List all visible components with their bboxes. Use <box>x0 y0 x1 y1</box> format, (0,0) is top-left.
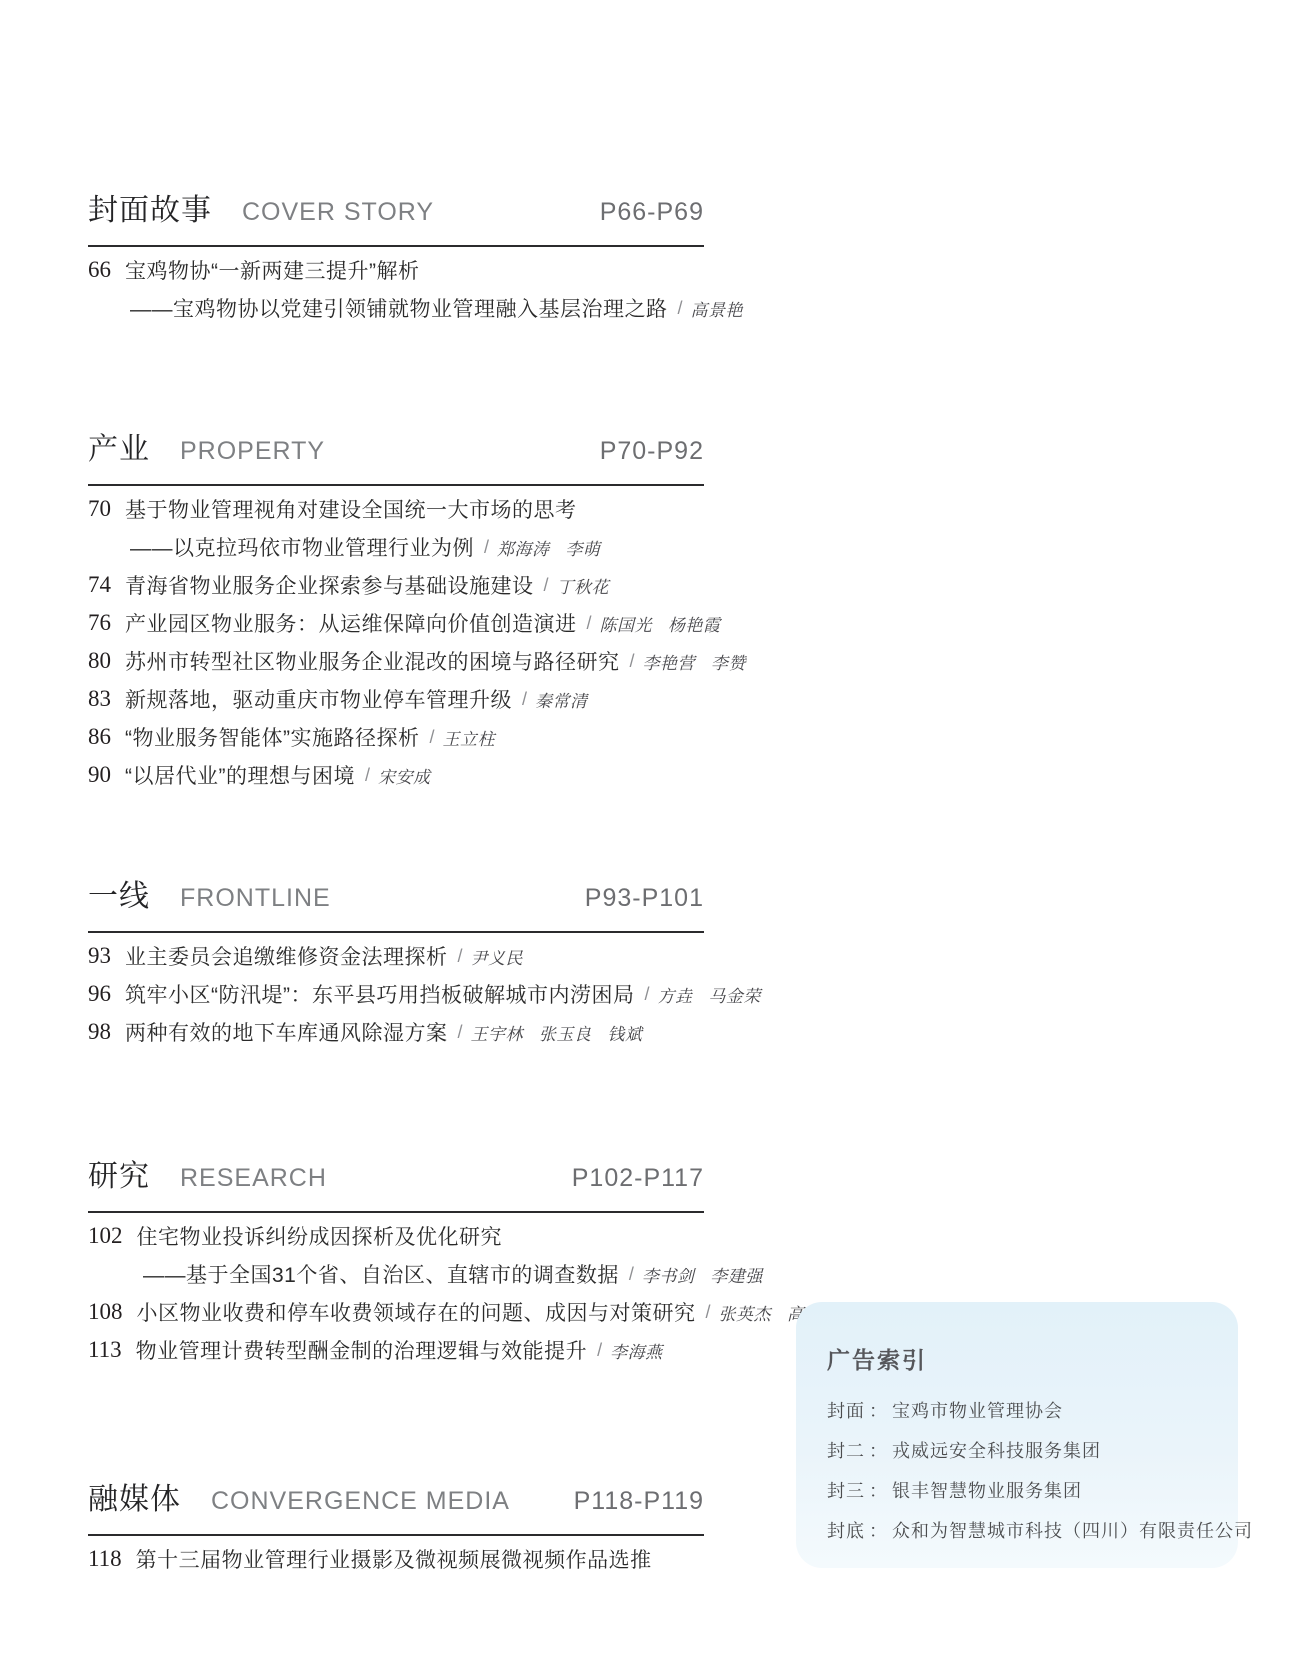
section-title-en: PROPERTY <box>180 433 325 469</box>
entry-page-number: 93 <box>88 943 111 969</box>
author-slash: / <box>678 298 683 319</box>
entry-title: 第十三届物业管理行业摄影及微视频展微视频作品选推 <box>136 1544 652 1574</box>
entry-authors: 尹义民 <box>471 944 524 969</box>
entry-subtitle: ——基于全国31个省、自治区、直辖市的调查数据 <box>143 1259 619 1289</box>
toc-entry: 90 “以居代业”的理想与困境 / 宋安成 <box>88 756 704 794</box>
entry-authors: 宋安成 <box>378 763 431 788</box>
toc-entry: 102 住宅物业投诉纠纷成因探析及优化研究 <box>88 1217 704 1255</box>
section-research: 研究 RESEARCH P102-P117 102 住宅物业投诉纠纷成因探析及优… <box>88 1159 704 1369</box>
ad-item-colon: ： <box>869 1437 888 1463</box>
author-slash: / <box>522 689 527 710</box>
author-slash: / <box>629 1264 634 1285</box>
section-title-zh: 产业 <box>88 432 150 468</box>
entry-authors: 丁秋花 <box>557 573 610 598</box>
entry-list: 102 住宅物业投诉纠纷成因探析及优化研究 ——基于全国31个省、自治区、直辖市… <box>88 1213 704 1369</box>
entry-list: 118 第十三届物业管理行业摄影及微视频展微视频作品选推 <box>88 1536 704 1578</box>
entry-authors: 王立柱 <box>443 725 496 750</box>
entry-page-number: 66 <box>88 257 111 283</box>
entry-list: 93 业主委员会追缴维修资金法理探析 / 尹义民 96 筑牢小区“防汛堤”：东平… <box>88 933 704 1051</box>
entry-title: 小区物业收费和停车收费领域存在的问题、成因与对策研究 <box>137 1297 696 1327</box>
ad-item-colon: ： <box>869 1477 888 1503</box>
entry-authors: 李书剑 李建强 <box>642 1262 763 1287</box>
entry-list: 70 基于物业管理视角对建设全国统一大市场的思考 ——以克拉玛依市物业管理行业为… <box>88 486 704 794</box>
entry-page-number: 108 <box>88 1299 123 1325</box>
entry-page-number: 102 <box>88 1223 123 1249</box>
toc-entry: 70 基于物业管理视角对建设全国统一大市场的思考 <box>88 490 704 528</box>
author-slash: / <box>630 651 635 672</box>
entry-subtitle: ——以克拉玛依市物业管理行业为例 <box>130 532 474 562</box>
entry-page-number: 96 <box>88 981 111 1007</box>
toc-entry: 118 第十三届物业管理行业摄影及微视频展微视频作品选推 <box>88 1540 704 1578</box>
section-frontline: 一线 FRONTLINE P93-P101 93 业主委员会追缴维修资金法理探析… <box>88 879 704 1051</box>
section-header: 研究 RESEARCH P102-P117 <box>88 1159 704 1213</box>
ad-index-list: 封面 ： 宝鸡市物业管理协会 封二 ： 戎威远安全科技服务集团 封三 ： 银丰智… <box>796 1390 1238 1550</box>
section-title-zh: 一线 <box>88 879 150 915</box>
entry-title: 两种有效的地下车库通风除湿方案 <box>125 1017 448 1047</box>
section-title-en: COVER STORY <box>242 194 434 230</box>
toc-entry: 98 两种有效的地下车库通风除湿方案 / 王宇林 张玉良 钱斌 <box>88 1013 704 1051</box>
entry-title: 筑牢小区“防汛堤”：东平县巧用挡板破解城市内涝困局 <box>125 979 634 1009</box>
entry-title: 产业园区物业服务：从运维保障向价值创造演进 <box>125 608 577 638</box>
section-page-range: P102-P117 <box>572 1160 704 1196</box>
author-slash: / <box>458 946 463 967</box>
entry-page-number: 74 <box>88 572 111 598</box>
section-page-range: P93-P101 <box>585 880 704 916</box>
section-header: 封面故事 COVER STORY P66-P69 <box>88 193 704 247</box>
entry-title: 物业管理计费转型酬金制的治理逻辑与效能提升 <box>136 1335 588 1365</box>
entry-authors: 秦常清 <box>535 687 588 712</box>
ad-item-label: 封面 <box>827 1397 865 1423</box>
ad-index-item: 封面 ： 宝鸡市物业管理协会 <box>827 1390 1222 1430</box>
entry-title: “物业服务智能体”实施路径探析 <box>125 722 420 752</box>
section-title-zh: 研究 <box>88 1159 150 1195</box>
author-slash: / <box>544 575 549 596</box>
section-cover-story: 封面故事 COVER STORY P66-P69 66 宝鸡物协“一新两建三提升… <box>88 193 704 327</box>
ad-item-colon: ： <box>869 1517 888 1543</box>
toc-entry: 113 物业管理计费转型酬金制的治理逻辑与效能提升 / 李海燕 <box>88 1331 704 1369</box>
ad-index-item: 封底 ： 众和为智慧城市科技（四川）有限责任公司 <box>827 1510 1222 1550</box>
entry-authors: 李海燕 <box>610 1338 663 1363</box>
toc-entry: 76 产业园区物业服务：从运维保障向价值创造演进 / 陈国光 杨艳霞 <box>88 604 704 642</box>
entry-page-number: 98 <box>88 1019 111 1045</box>
toc-page: { "ui": { "slash": "/" }, "sections": [ … <box>0 0 1290 1674</box>
entry-page-number: 90 <box>88 762 111 788</box>
ad-index-item: 封二 ： 戎威远安全科技服务集团 <box>827 1430 1222 1470</box>
author-slash: / <box>365 765 370 786</box>
section-page-range: P118-P119 <box>574 1483 704 1519</box>
toc-entry-subtitle: ——宝鸡物协以党建引领铺就物业管理融入基层治理之路 / 高景艳 <box>88 289 704 327</box>
ad-item-company: 银丰智慧物业服务集团 <box>892 1477 1082 1503</box>
author-slash: / <box>430 727 435 748</box>
section-convergence-media: 融媒体 CONVERGENCE MEDIA P118-P119 118 第十三届… <box>88 1482 704 1578</box>
entry-authors: 方垚 马金荣 <box>658 982 761 1007</box>
toc-entry: 66 宝鸡物协“一新两建三提升”解析 <box>88 251 704 289</box>
section-header: 一线 FRONTLINE P93-P101 <box>88 879 704 933</box>
author-slash: / <box>587 613 592 634</box>
author-slash: / <box>644 984 649 1005</box>
ad-item-label: 封二 <box>827 1437 865 1463</box>
section-page-range: P70-P92 <box>600 433 704 469</box>
toc-entry-subtitle: ——以克拉玛依市物业管理行业为例 / 郑海涛 李萌 <box>88 528 704 566</box>
entry-title: 宝鸡物协“一新两建三提升”解析 <box>125 255 420 285</box>
ad-item-colon: ： <box>869 1397 888 1423</box>
ad-item-company: 宝鸡市物业管理协会 <box>892 1397 1063 1423</box>
entry-page-number: 113 <box>88 1337 122 1363</box>
entry-title: “以居代业”的理想与困境 <box>125 760 355 790</box>
ad-item-company: 戎威远安全科技服务集团 <box>892 1437 1101 1463</box>
toc-entry: 80 苏州市转型社区物业服务企业混改的困境与路径研究 / 李艳营 李赞 <box>88 642 704 680</box>
toc-entry: 74 青海省物业服务企业探索参与基础设施建设 / 丁秋花 <box>88 566 704 604</box>
entry-list: 66 宝鸡物协“一新两建三提升”解析 ——宝鸡物协以党建引领铺就物业管理融入基层… <box>88 247 704 327</box>
entry-authors: 郑海涛 李萌 <box>497 535 600 560</box>
ad-index-item: 封三 ： 银丰智慧物业服务集团 <box>827 1470 1222 1510</box>
toc-entry: 86 “物业服务智能体”实施路径探析 / 王立柱 <box>88 718 704 756</box>
ad-item-company: 众和为智慧城市科技（四川）有限责任公司 <box>892 1517 1253 1543</box>
ad-item-label: 封底 <box>827 1517 865 1543</box>
entry-title: 基于物业管理视角对建设全国统一大市场的思考 <box>125 494 577 524</box>
ad-index-title: 广告索引 <box>796 1302 1238 1375</box>
section-title-en: CONVERGENCE MEDIA <box>211 1483 510 1519</box>
author-slash: / <box>484 537 489 558</box>
section-page-range: P66-P69 <box>600 194 704 230</box>
entry-page-number: 70 <box>88 496 111 522</box>
toc-entry: 96 筑牢小区“防汛堤”：东平县巧用挡板破解城市内涝困局 / 方垚 马金荣 <box>88 975 704 1013</box>
ad-index-panel: 广告索引 封面 ： 宝鸡市物业管理协会 封二 ： 戎威远安全科技服务集团 封三 … <box>796 1302 1238 1568</box>
ad-item-label: 封三 <box>827 1477 865 1503</box>
section-property: 产业 PROPERTY P70-P92 70 基于物业管理视角对建设全国统一大市… <box>88 432 704 794</box>
entry-page-number: 80 <box>88 648 111 674</box>
section-header: 融媒体 CONVERGENCE MEDIA P118-P119 <box>88 1482 704 1536</box>
entry-authors: 陈国光 杨艳霞 <box>600 611 721 636</box>
entry-authors: 李艳营 李赞 <box>643 649 746 674</box>
author-slash: / <box>597 1340 602 1361</box>
entry-subtitle: ——宝鸡物协以党建引领铺就物业管理融入基层治理之路 <box>130 293 668 323</box>
entry-page-number: 83 <box>88 686 111 712</box>
section-title-zh: 封面故事 <box>88 193 212 229</box>
entry-title: 青海省物业服务企业探索参与基础设施建设 <box>125 570 534 600</box>
toc-entry: 93 业主委员会追缴维修资金法理探析 / 尹义民 <box>88 937 704 975</box>
entry-title: 住宅物业投诉纠纷成因探析及优化研究 <box>137 1221 503 1251</box>
author-slash: / <box>458 1022 463 1043</box>
section-title-en: RESEARCH <box>180 1160 327 1196</box>
entry-page-number: 86 <box>88 724 111 750</box>
entry-title: 业主委员会追缴维修资金法理探析 <box>125 941 448 971</box>
entry-page-number: 118 <box>88 1546 122 1572</box>
section-title-zh: 融媒体 <box>88 1482 181 1518</box>
section-title-en: FRONTLINE <box>180 880 331 916</box>
toc-entry: 108 小区物业收费和停车收费领域存在的问题、成因与对策研究 / 张英杰 高景艳 <box>88 1293 704 1331</box>
entry-authors: 王宇林 张玉良 钱斌 <box>471 1020 643 1045</box>
entry-title: 苏州市转型社区物业服务企业混改的困境与路径研究 <box>125 646 620 676</box>
section-header: 产业 PROPERTY P70-P92 <box>88 432 704 486</box>
entry-authors: 高景艳 <box>691 296 744 321</box>
entry-title: 新规落地，驱动重庆市物业停车管理升级 <box>125 684 512 714</box>
entry-page-number: 76 <box>88 610 111 636</box>
toc-entry-subtitle: ——基于全国31个省、自治区、直辖市的调查数据 / 李书剑 李建强 <box>88 1255 704 1293</box>
author-slash: / <box>706 1302 711 1323</box>
toc-entry: 83 新规落地，驱动重庆市物业停车管理升级 / 秦常清 <box>88 680 704 718</box>
